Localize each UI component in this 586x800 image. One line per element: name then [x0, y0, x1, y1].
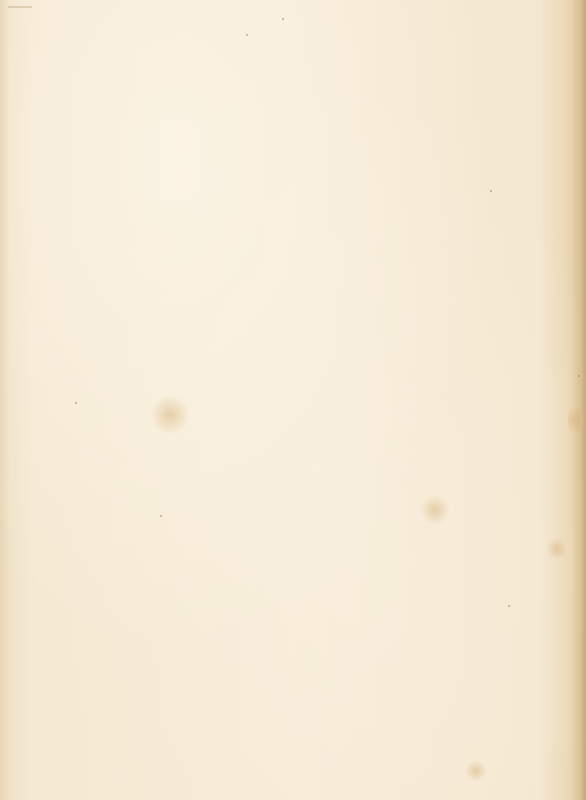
paper-speck — [578, 375, 580, 377]
paper-speck — [160, 515, 162, 517]
paper-speck — [75, 402, 77, 404]
paper-speck — [508, 605, 510, 607]
foxing-spot — [465, 760, 487, 782]
foxing-spot — [568, 400, 584, 440]
paper-speck — [490, 190, 492, 192]
foxing-spot — [420, 495, 450, 525]
foxing-spot — [150, 395, 190, 435]
blank-paper-page — [0, 0, 586, 800]
left-edge-discoloration — [0, 0, 10, 800]
paper-speck — [246, 34, 248, 36]
paper-speck — [282, 18, 284, 20]
corner-smudge — [8, 6, 32, 8]
foxing-spot — [548, 536, 566, 562]
